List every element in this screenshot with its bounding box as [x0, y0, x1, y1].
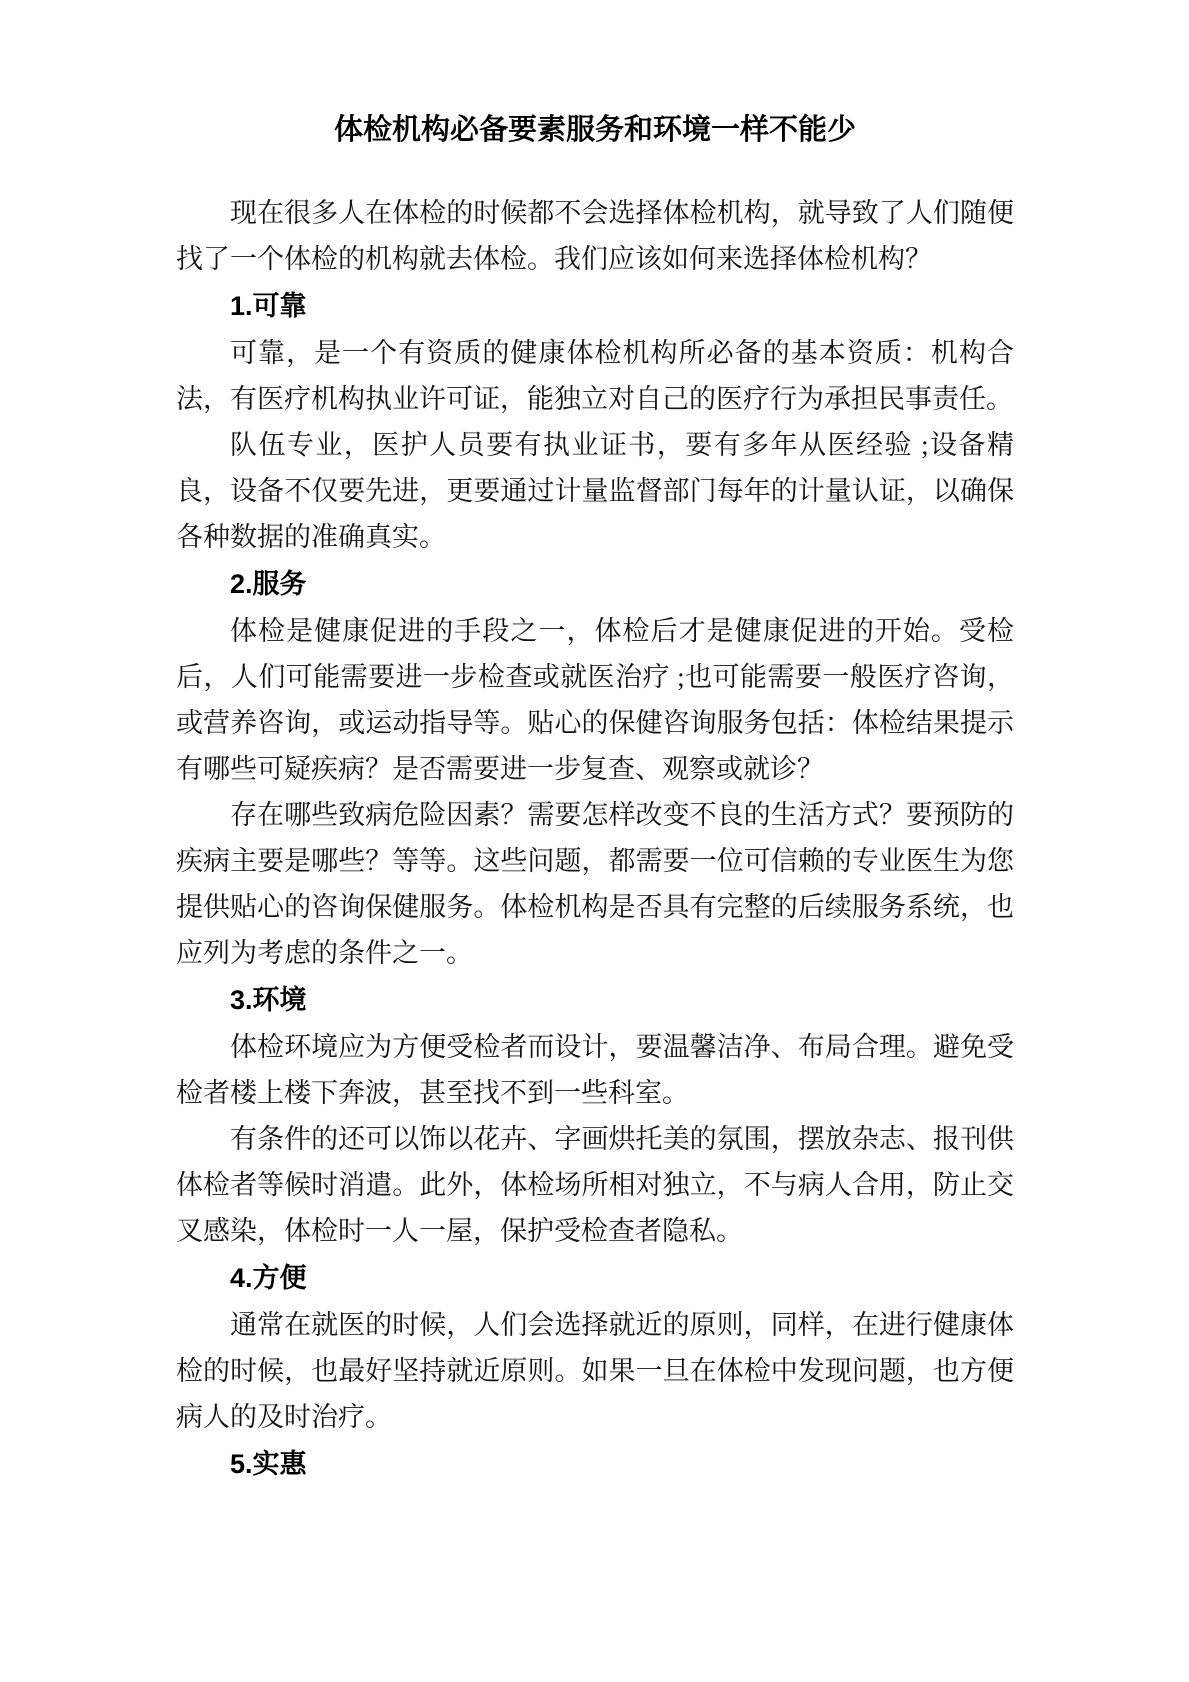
document-paragraph: 体检是健康促进的手段之一，体检后才是健康促进的开始。受检后，人们可能需要进一步检… [176, 608, 1014, 792]
document-paragraph: 现在很多人在体检的时候都不会选择体检机构，就导致了人们随便找了一个体检的机构就去… [176, 190, 1014, 282]
document-page: 体检机构必备要素服务和环境一样不能少 现在很多人在体检的时候都不会选择体检机构，… [0, 0, 1189, 1682]
document-paragraph: 队伍专业，医护人员要有执业证书，要有多年从医经验 ;设备精良，设备不仅要先进，更… [176, 422, 1014, 560]
section-heading-reliable: 1.可靠 [176, 283, 1014, 329]
document-paragraph: 可靠，是一个有资质的健康体检机构所必备的基本资质：机构合法，有医疗机构执业许可证… [176, 330, 1014, 422]
document-paragraph: 存在哪些致病危险因素？需要怎样改变不良的生活方式？要预防的疾病主要是哪些？等等。… [176, 792, 1014, 976]
section-heading-affordable: 5.实惠 [176, 1441, 1014, 1487]
document-paragraph: 体检环境应为方便受检者而设计，要温馨洁净、布局合理。避免受检者楼上楼下奔波，甚至… [176, 1024, 1014, 1116]
section-heading-service: 2.服务 [176, 561, 1014, 607]
section-heading-convenient: 4.方便 [176, 1255, 1014, 1301]
document-body: 体检机构必备要素服务和环境一样不能少 现在很多人在体检的时候都不会选择体检机构，… [176, 110, 1014, 1488]
section-heading-environment: 3.环境 [176, 977, 1014, 1023]
document-paragraph: 通常在就医的时候，人们会选择就近的原则，同样，在进行健康体检的时候，也最好坚持就… [176, 1302, 1014, 1440]
document-paragraph: 有条件的还可以饰以花卉、字画烘托美的氛围，摆放杂志、报刊供体检者等候时消遣。此外… [176, 1116, 1014, 1254]
document-title: 体检机构必备要素服务和环境一样不能少 [176, 110, 1014, 150]
